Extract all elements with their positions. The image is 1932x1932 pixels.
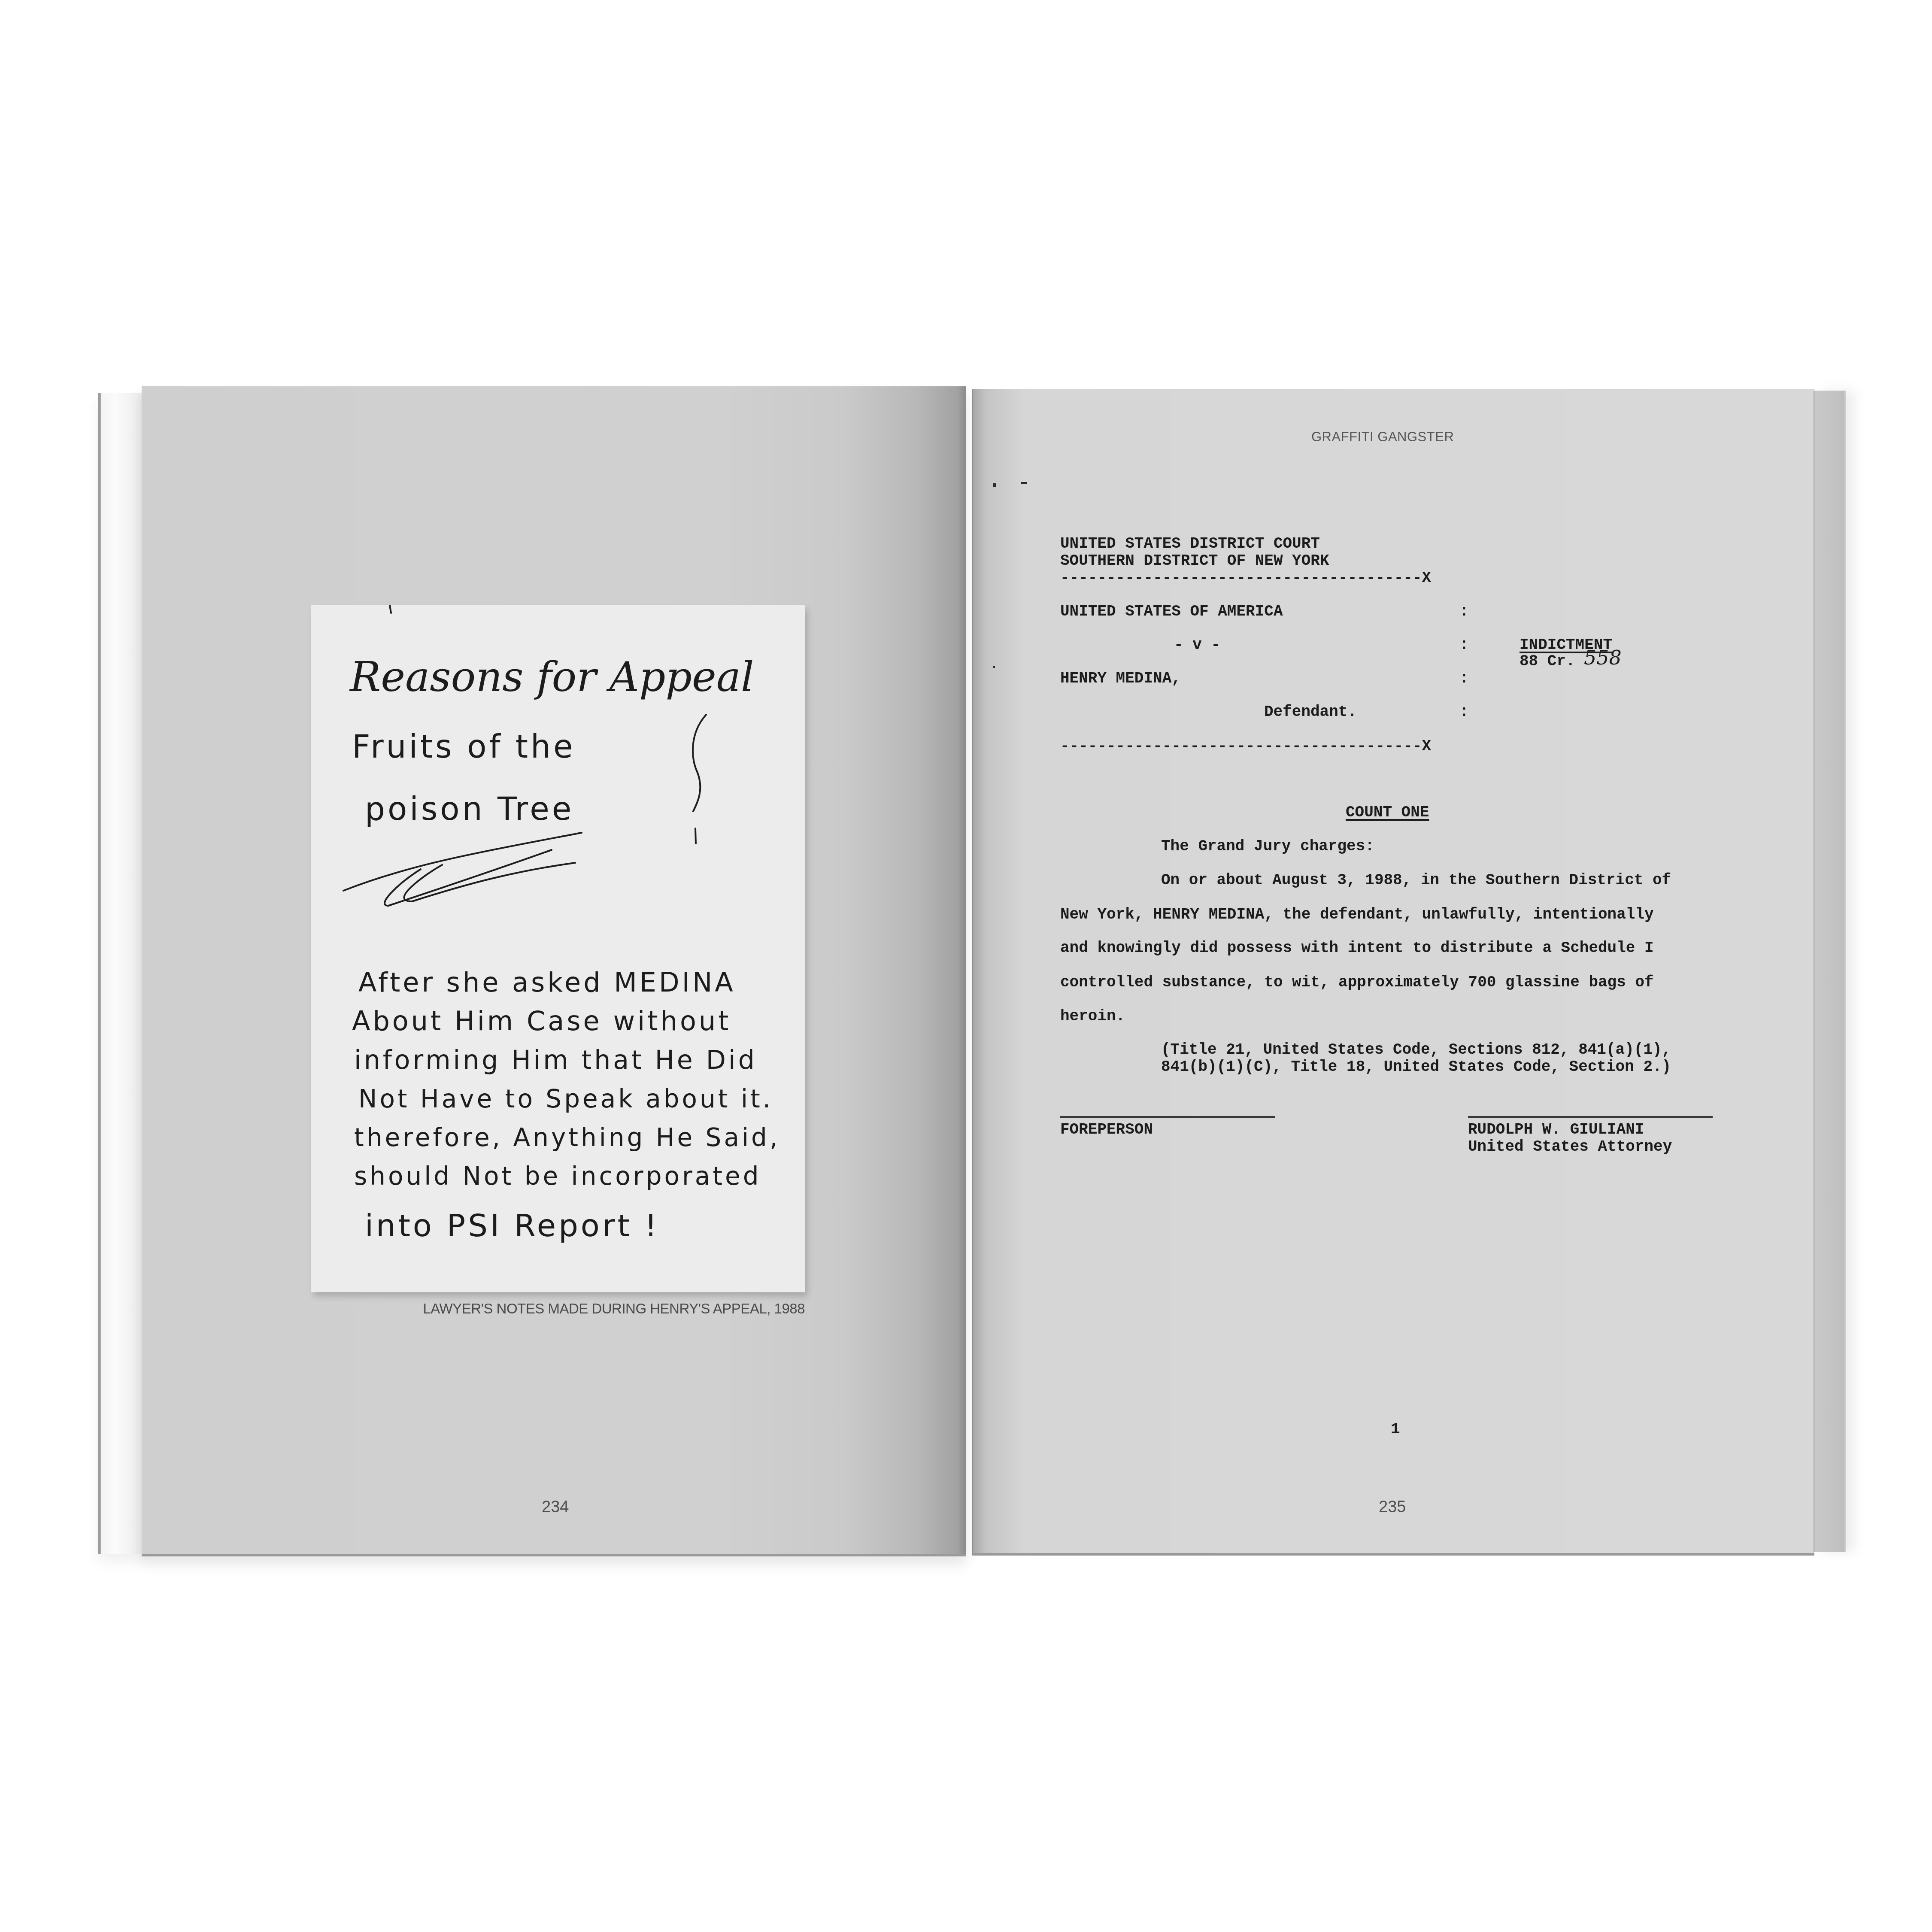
note-title: Reasons for Appeal: [349, 653, 754, 701]
court-name: UNITED STATES DISTRICT COURT: [1060, 535, 1320, 552]
svg-text:After she asked MEDINA: After she asked MEDINA: [358, 967, 736, 998]
right-page-stack-edge: [1814, 391, 1846, 1552]
book-spread: Reasons for Appeal Fruits of the poison …: [0, 0, 1932, 1932]
document-page-number: 1: [1391, 1421, 1400, 1438]
print-speck: [993, 666, 995, 668]
svg-text:About Him Case without: About Him Case without: [352, 1005, 731, 1037]
caption-colon: :: [1459, 603, 1469, 620]
page-number-left: 234: [542, 1498, 569, 1516]
svg-text:should Not be incorporated: should Not be incorporated: [354, 1162, 761, 1191]
svg-text:informing Him that He Did: informing Him that He Did: [354, 1045, 757, 1075]
case-number-prefix: 88 Cr.: [1520, 653, 1575, 670]
handwriting: Reasons for Appeal Fruits of the poison …: [311, 605, 805, 1292]
running-head: GRAFFITI GANGSTER: [1311, 429, 1454, 445]
caption-colon: :: [1459, 704, 1469, 721]
case-number-handwritten: 558: [1584, 649, 1622, 666]
note-body: After she asked MEDINA About Him Case wi…: [352, 967, 780, 1244]
foreperson-signature-line: [1060, 1116, 1275, 1118]
svg-text:Not Have to Speak about it.: Not Have to Speak about it.: [358, 1084, 773, 1113]
attorney-title: United States Attorney: [1468, 1138, 1672, 1156]
caption-colon: :: [1459, 637, 1469, 654]
count-heading: COUNT ONE: [1346, 804, 1429, 821]
svg-text:into PSI Report !: into PSI Report !: [365, 1207, 659, 1244]
caption-colon: :: [1459, 670, 1469, 687]
left-page-stack-edge: [98, 393, 145, 1554]
print-speck: [1021, 482, 1027, 484]
attorney-name: RUDOLPH W. GIULIANI: [1468, 1121, 1644, 1138]
handwritten-note-card: Reasons for Appeal Fruits of the poison …: [311, 605, 805, 1292]
defendant-name: HENRY MEDINA,: [1060, 670, 1181, 687]
note-line-1: Fruits of the: [352, 728, 575, 765]
versus: - v -: [1174, 637, 1220, 654]
figure-caption: LAWYER'S NOTES MADE DURING HENRY'S APPEA…: [397, 1301, 805, 1317]
page-number-right: 235: [1379, 1498, 1406, 1516]
defendant-label: Defendant.: [1264, 704, 1357, 721]
print-speck: [993, 483, 996, 487]
foreperson-label: FOREPERSON: [1060, 1121, 1153, 1138]
note-line-2: poison Tree: [365, 791, 574, 828]
caption-divider-top: ---------------------------------------X: [1060, 570, 1431, 587]
svg-text:therefore, Anything He Said,: therefore, Anything He Said,: [354, 1123, 780, 1152]
plaintiff: UNITED STATES OF AMERICA: [1060, 603, 1283, 620]
caption-divider-bottom: ---------------------------------------X: [1060, 738, 1431, 755]
charge-intro: The Grand Jury charges:: [1161, 838, 1374, 855]
attorney-signature-line: [1468, 1116, 1713, 1118]
court-district: SOUTHERN DISTRICT OF NEW YORK: [1060, 552, 1329, 570]
